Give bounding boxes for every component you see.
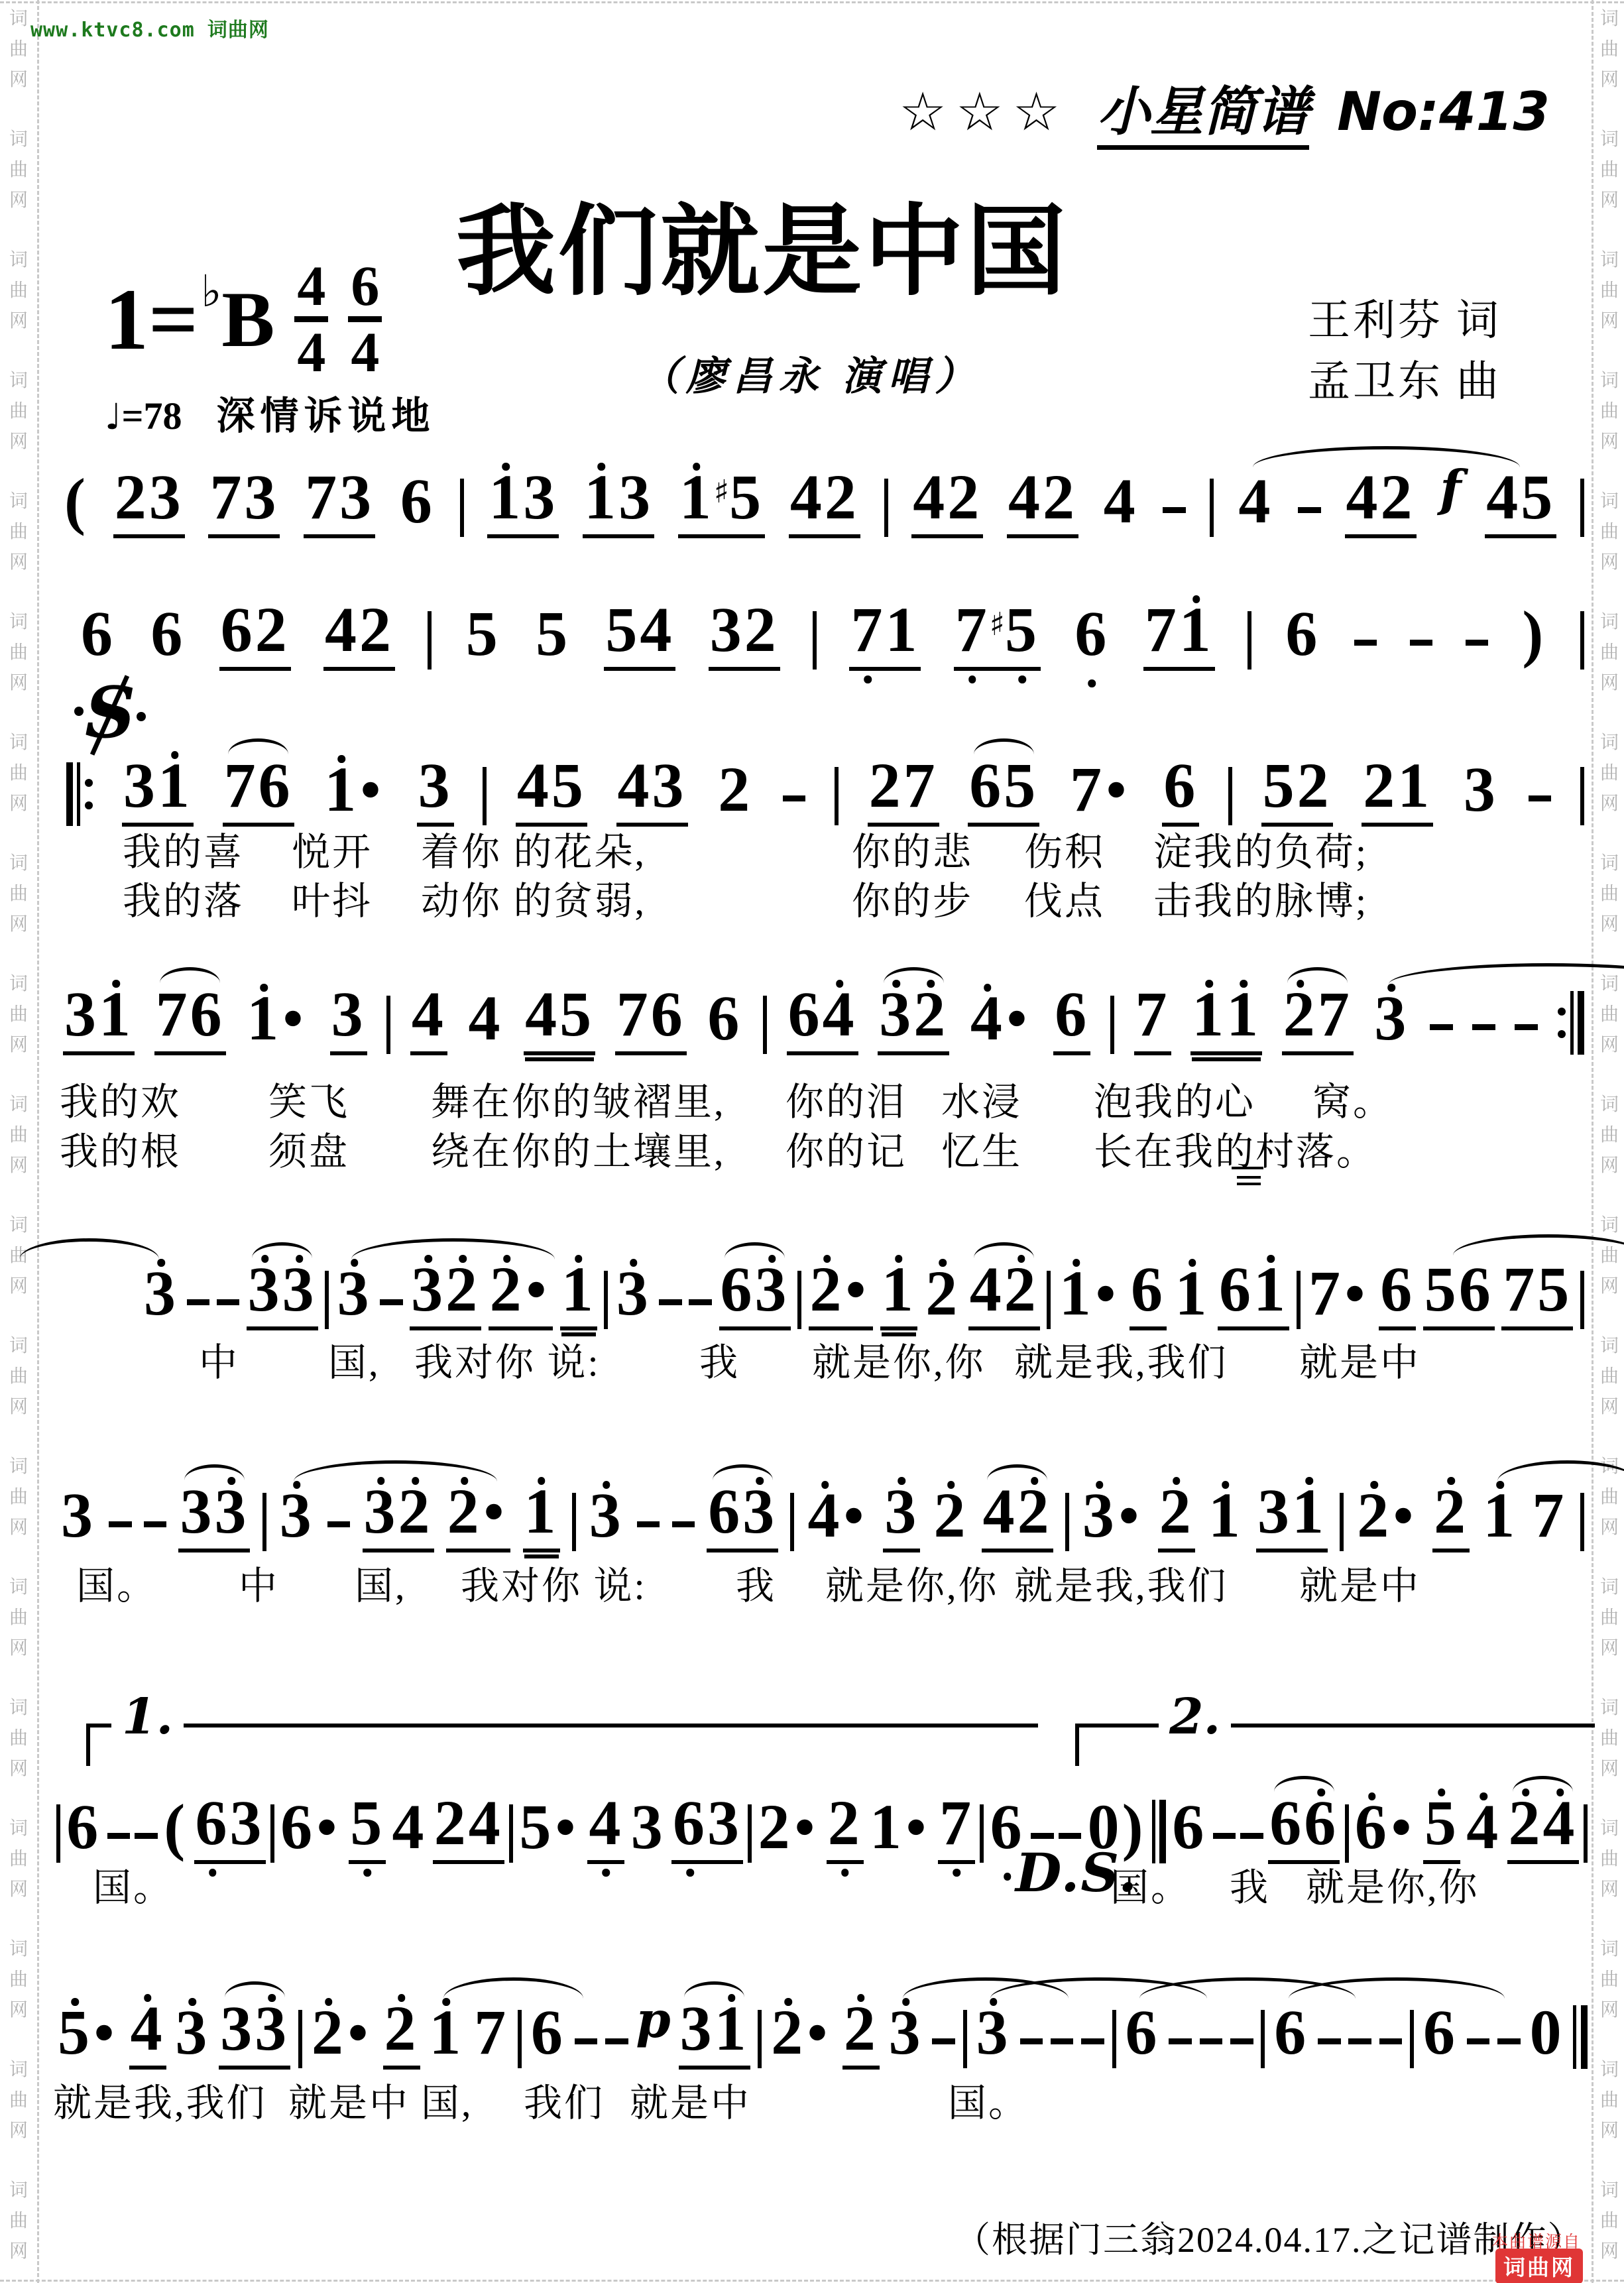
lyric-segment: 我的喜 [123,821,244,876]
side-watermark-left: 词曲网词曲网词曲网词曲网词曲网词曲网词曲网词曲网词曲网词曲网词曲网词曲网词曲网词… [5,4,32,2283]
note-token: 63 [194,1791,266,1864]
key-note: B [221,280,274,359]
lyric-segment: 舞在你的皱褶里, [431,1071,726,1126]
barline [1210,479,1214,537]
dot [1558,1030,1566,1038]
note-token: 73 [304,465,375,538]
meter1-denominator: 4 [297,322,325,379]
barline [604,1271,608,1329]
watermark-group: 词曲网 [5,245,32,337]
music-line: (237373613131♯54242424442f45 [63,457,1584,538]
barline [884,479,888,537]
note-token: 42 [911,465,983,538]
note-token: 6· [1354,1795,1419,1864]
note-token: 33 [219,1997,290,2070]
thick [66,762,73,826]
tempo-value: =78 [121,394,182,438]
note-token: 5 [465,602,502,671]
volta-1-label: 1. [111,1692,184,1743]
lyric-segment: 伤积 [1024,821,1105,876]
note-token: 6 [65,1795,102,1864]
meter2-numerator: 6 [348,260,382,322]
barline [835,767,839,825]
time-signature-1: 4 4 [294,260,328,379]
lyric-segment: 你的步 [852,870,973,925]
sheet-number: No:413 [1337,81,1550,143]
dash-note [783,795,806,801]
lyric-segment: 泡我的心 [1094,1071,1255,1126]
note-token: 1 [523,1480,560,1552]
note-token: 4 [467,986,504,1055]
lyric-segment: 窝。 [1312,1071,1393,1126]
note-token: 73 [208,465,280,538]
note-token: 33 [247,1258,318,1330]
barline [1580,479,1584,537]
watermark-group: 词曲网 [5,1693,32,1785]
note-token: 5 [1423,1791,1460,1864]
dot [85,801,93,809]
barline [813,611,817,670]
note-token: 3 [630,1795,667,1864]
barline [1580,767,1584,825]
thin [1573,2005,1576,2069]
note-token: 76 [615,982,687,1055]
dash-note [144,1521,167,1527]
lyric-segment: 我对你 说: [461,1554,647,1610]
lyric-segment: 就是你,你 [1306,1856,1479,1912]
watermark-group: 词曲网 [5,969,32,1061]
note-token: 4 [587,1791,624,1864]
note-token: 4· [969,986,1034,1055]
barline [797,1271,801,1329]
expression-text: 深情诉说地 [217,394,435,438]
dash-note [135,1833,158,1839]
lyric-segment: 动你 的贫弱, [421,870,646,925]
note-token: 64 [787,982,858,1055]
note-token: 32 [878,982,949,1055]
volta-bracket-2 [1075,1724,1595,1766]
dash-note [1020,2038,1043,2044]
dash-note [217,1299,240,1305]
music-line: 31761·3444576664324·6711273 [63,974,1584,1055]
lyric-segment: 我的根 [60,1120,181,1176]
lyric-segment: 国, [355,1554,407,1610]
note-token: 3 [336,1261,373,1330]
barline [763,996,767,1054]
barline [509,1804,513,1863]
volta-2-label: 2. [1159,1692,1231,1743]
note-token: 6 [1422,2001,1459,2070]
watermark-group: 词曲网 [1596,4,1623,95]
note-token: 23 [113,465,185,538]
barline [963,2010,967,2068]
note-token: 5· [518,1795,583,1864]
dash-note [107,1833,131,1839]
dash-note [1230,2038,1253,2044]
note-token: 2 [933,1484,970,1552]
note-token: 2 [1432,1480,1470,1552]
note-token: 6 [706,986,743,1055]
dash-note [1467,2038,1490,2044]
note-token: 62 [219,598,291,671]
watermark-group: 词曲网 [1596,487,1623,578]
barline [1584,1804,1588,1863]
note-token: 7· [1069,758,1133,827]
song-title: 我们就是中国 [398,171,1127,314]
dash-note [1169,2038,1192,2044]
lyric-segment: 我的欢 [60,1071,181,1126]
note-token: 4 [1238,469,1275,538]
dash-note [1031,1833,1054,1839]
thin [1152,1800,1155,1863]
lyric-segment: 就是我,我们 [53,2072,267,2127]
note-token: 2· [310,2001,375,2070]
performer-subtitle: （廖昌永 演唱） [640,345,981,402]
note-token: 3 [883,1480,920,1552]
barline [1580,1493,1584,1551]
music-line: 6(636·54245·43632·21·760)6666·5424 [56,1783,1588,1864]
thin [1570,991,1574,1055]
note-token: ) [1521,602,1547,671]
note-token: 6 [1053,982,1090,1055]
note-token: 63 [707,1480,778,1552]
dynamic-mark: p [636,1995,670,2045]
stars-icon: ☆☆☆ [899,81,1069,143]
lyric-segment: 我的落 [123,870,244,925]
note-token: 2 [717,758,754,827]
lyric-segment: 国。 [76,1554,157,1610]
note-token: 7 [938,1791,975,1864]
note-token: 6 [149,602,186,671]
note-token: 2· [1356,1484,1421,1552]
note-token: 7 [1134,982,1171,1055]
site-url-watermark: www.ktvc8.com 词曲网 [30,13,269,42]
note-token: 24 [433,1791,504,1864]
watermark-group: 词曲网 [1596,1572,1623,1664]
repeat-start-sign [66,762,93,826]
dash-note [659,1299,682,1305]
note-token: 6· [279,1795,344,1864]
watermark-group: 词曲网 [5,1814,32,1905]
music-line: 3333322·13634·32423·21312·217 [60,1472,1584,1552]
composer-credit: 孟卫东 曲 [1308,351,1501,412]
lyric-segment: 中 [199,1331,239,1387]
note-token: 2· [770,2001,835,2070]
note-token: 2 [383,1997,420,2070]
dash-note [1354,640,1377,646]
music-line: 5·43332·2176p312·2336660 [56,1989,1588,2070]
barline [790,1493,794,1551]
note-token: 7· [1307,1261,1372,1330]
dash-note [689,1299,712,1305]
thin [77,762,80,826]
dash-note [109,1521,132,1527]
lyric-segment: 你的记 [785,1120,907,1176]
watermark-group: 词曲网 [5,366,32,457]
note-token: 3 [60,1484,97,1552]
dash-note [1200,2038,1223,2044]
note-token: 65 [968,754,1039,827]
lyric-segment: 伐点 [1024,870,1105,925]
lyric-segment: 就是中 [630,2072,751,2127]
dash-note [605,2038,628,2044]
watermark-group: 词曲网 [5,1090,32,1181]
lyric-segment: 中 [239,1554,279,1610]
lyric-segment: 淀我的负荷; [1153,821,1368,876]
note-token: 2 [827,1791,864,1864]
note-token: 56 [1423,1258,1495,1330]
lyric-segment: 就是你,你 [825,1554,999,1610]
flat-icon: ♭ [201,266,221,317]
note-token: 3 [174,2001,211,2070]
dash-note [1466,640,1489,646]
note-token: 5· [56,2001,121,2070]
note-token: 6 [1171,1795,1208,1864]
note-token: 52 [1261,754,1333,827]
dash-note [1213,1833,1236,1839]
note-token: 6 [1162,754,1199,827]
note-token: 2 [1158,1480,1195,1552]
dash-note [1529,795,1552,801]
note-token: 31 [1256,1480,1328,1552]
barline [1065,1493,1069,1551]
barline [1247,611,1251,670]
note-token: 45 [524,982,595,1055]
note-token: 6 [80,602,117,671]
dynamic-mark: f [1440,464,1461,514]
sheet-music-page: 词曲网词曲网词曲网词曲网词曲网词曲网词曲网词曲网词曲网词曲网词曲网词曲网词曲网词… [0,0,1624,2283]
barline [1047,1271,1051,1329]
repeat-dots [1558,991,1566,1055]
lyric-segment: 国。 [1110,1856,1191,1912]
music-line: 3333322·13632·12421·61617·65675 [143,1250,1584,1330]
note-token: 42 [1007,465,1078,538]
dash-note [187,1299,210,1305]
dash-note [1430,1024,1453,1030]
note-token: 1 [1481,1484,1519,1552]
note-token: 2· [489,1258,553,1330]
note-token: 4 [1465,1795,1502,1864]
note-token: 27 [868,754,939,827]
watermark-group: 词曲网 [1596,245,1623,337]
note-token: 5 [534,602,571,671]
final-barline [1573,2005,1587,2069]
watermark-group: 词曲网 [1596,1090,1623,1181]
lyric-segment: 忆生 [941,1120,1022,1176]
barline [1228,767,1232,825]
lyric-segment: 须盘 [268,1120,349,1176]
note-token: 45 [1485,465,1556,538]
dashed-border-top [0,1,1624,3]
music-line: 666242555432717♯56716) [80,590,1584,671]
barline [1340,1493,1344,1551]
note-token: 3 [417,754,454,827]
quarter-note-icon: ♩ [105,396,121,438]
lyric-segment: 国。 [948,2072,1029,2127]
time-signature-2: 6 4 [348,260,382,379]
lyric-segment: 你的悲 [852,821,973,876]
barline [572,1493,576,1551]
note-token: 1· [245,986,310,1055]
volta-bracket-1 [86,1724,1038,1766]
repeat-end-sign [1558,991,1584,1055]
lyric-segment: 就是我,我们 [1014,1331,1228,1387]
watermark-group: 词曲网 [5,4,32,95]
watermark-group: 词曲网 [1596,1693,1623,1785]
barline [428,611,432,670]
watermark-group: 词曲网 [5,125,32,216]
note-token: 5 [349,1791,386,1864]
barline [980,1804,984,1863]
note-token: 71 [1143,598,1215,671]
note-token: 1 [560,1258,597,1330]
barline [1580,611,1584,670]
barline [1410,2010,1414,2068]
barline [270,1804,274,1863]
barline [1112,2010,1116,2068]
watermark-group: 词曲网 [1596,125,1623,216]
lyric-segment: 我们 [524,2072,605,2127]
note-token: 1 [1207,1484,1244,1552]
lyric-segment: 就是中 [1299,1331,1421,1387]
dash-note [1051,2038,1074,2044]
transcription-note: （根据门三翁2024.04.17.之记谱制作） [955,2211,1585,2262]
barline [1345,1804,1349,1863]
lyric-segment: 笑飞 [268,1071,349,1126]
note-token: 6 [530,2001,567,2070]
note-token: 21 [1362,754,1433,827]
note-token: 4 [1102,469,1139,538]
watermark-group: 词曲网 [1596,849,1623,940]
note-token: 6 [399,469,436,538]
barline [325,1271,329,1329]
barline [298,2010,302,2068]
barline [386,996,390,1054]
lyric-segment: 国, [421,2072,473,2127]
note-token: 3 [975,2001,1012,2070]
lyric-segment: 就是中 [1299,1554,1421,1610]
dash-note [1240,1833,1263,1839]
note-token: 7 [473,2001,510,2070]
note-token: 0 [1529,2001,1566,2070]
note-token: 6 [1130,1258,1167,1330]
watermark-group: 词曲网 [5,849,32,940]
thick [1159,1800,1166,1863]
lyric-segment: 我 [1230,1856,1270,1912]
note-token: 3 [278,1484,316,1552]
note-token: 4 [129,1997,166,2070]
note-token: 32 [410,1258,481,1330]
note-token: 3 [1462,758,1499,827]
dash-note [1379,2038,1403,2044]
dash-note [932,2038,955,2044]
note-token: 3· [1081,1484,1146,1552]
watermark-group: 词曲网 [5,487,32,578]
source-badge: 词曲网 [1495,2249,1583,2283]
note-token: 3 [143,1261,180,1330]
dashed-border-bottom [0,2280,1624,2282]
watermark-group: 词曲网 [5,1452,32,1543]
segno-icon: S [73,677,146,757]
note-token: 6 [1284,602,1321,671]
barline [1297,1271,1301,1329]
dashed-border-left [37,0,39,2283]
note-token: 4 [410,982,447,1055]
note-token: 3 [1373,986,1410,1055]
note-token: ( [162,1795,189,1864]
barline [748,1804,752,1863]
note-token: 1 [428,2001,465,2070]
note-token: 31 [122,754,194,827]
watermark-group: 词曲网 [5,2176,32,2267]
barline [1580,1271,1584,1329]
dash-note [1348,2038,1371,2044]
note-token: 2· [809,1258,874,1330]
dash-note [1059,1833,1082,1839]
watermark-group: 词曲网 [1596,2055,1623,2146]
barline [1110,996,1114,1054]
note-token: 42 [1345,465,1417,538]
note-token: 7 [1531,1484,1568,1552]
note-token: 42 [323,598,395,671]
note-token: 63 [671,1791,743,1864]
note-token: 1 [1174,1261,1211,1330]
watermark-group: 词曲网 [5,1934,32,2026]
barline [262,1493,266,1551]
final-barline [1152,1800,1166,1863]
note-token: 76 [223,754,294,827]
lyric-segment: 国, [328,1331,380,1387]
key-signature: 1= ♭ B 4 4 6 4 [105,260,382,379]
note-token: 76 [154,982,226,1055]
barline [56,1804,60,1863]
note-token: 27 [1282,982,1354,1055]
note-token: 3 [888,2001,925,2070]
lyric-segment: 就是中 [288,2072,410,2127]
watermark-group: 词曲网 [1596,2176,1623,2267]
watermark-group: 词曲网 [1596,366,1623,457]
dash-note [1318,2038,1341,2044]
lyric-segment: 你的泪 [785,1071,907,1126]
lyric-segment: 长在我的村落。 [1094,1120,1377,1176]
note-token: 1 [880,1258,917,1330]
thick [1578,991,1584,1055]
dashed-border-right [1592,0,1594,2283]
lyric-segment: 着你 的花朵, [421,821,646,876]
note-token: 1· [323,758,388,827]
dot [85,779,93,787]
dash-note [672,1521,695,1527]
lyric-segment: 国。 [93,1856,174,1912]
note-token: 24 [1507,1791,1579,1864]
dash-note [1081,2038,1104,2044]
dash-note [1515,1024,1538,1030]
sheet-header: ☆☆☆ 小星简谱 No:413 [899,69,1550,145]
lyric-segment: 我 [736,1554,776,1610]
lyric-segment: 我对你 说: [414,1331,601,1387]
tempo-marking: ♩=78深情诉说地 [105,384,435,440]
dash-note [380,1299,403,1305]
watermark-group: 词曲网 [5,2055,32,2146]
credits: 王利芬 词 孟卫东 曲 [1308,290,1501,412]
watermark-group: 词曲网 [1596,607,1623,699]
note-token: 2· [446,1480,511,1552]
note-token: 42 [982,1480,1053,1552]
watermark-group: 词曲网 [1596,1934,1623,2026]
note-token: 54 [604,598,675,671]
lyric-segment: 击我的脉博; [1153,870,1368,925]
note-token: 1· [1058,1261,1123,1330]
